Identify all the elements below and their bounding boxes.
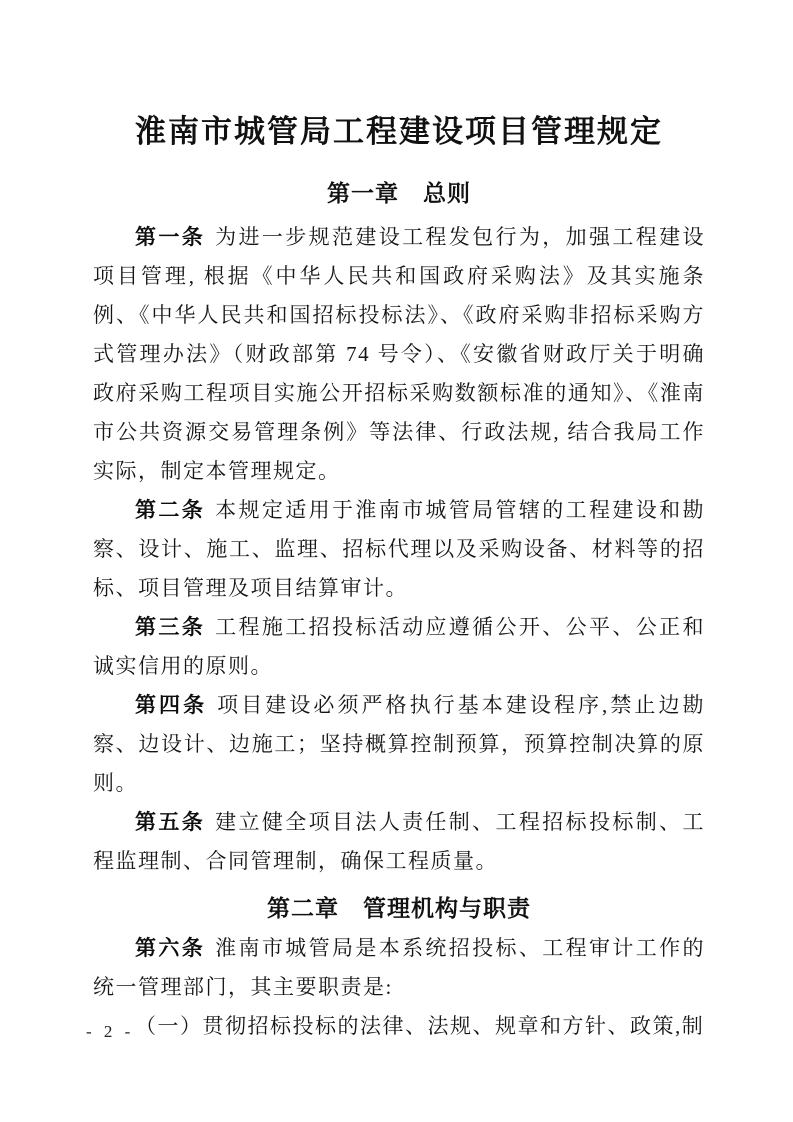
chapter-1-heading: 第一章 总则 [93,178,705,208]
article-5-label: 第五条 [135,811,205,834]
chapter-2-articles: 第六条淮南市城管局是本系统招投标、工程审计工作的统一管理部门，其主要职责是: （… [93,929,705,1046]
chapter-1-articles: 第一条为进一步规范建设工程发包行为，加强工程建设项目管理, 根据《中华人民共和国… [93,218,705,881]
document-content: 淮南市城管局工程建设项目管理规定 第一章 总则 第一条为进一步规范建设工程发包行… [93,112,705,1046]
article-5: 第五条建立健全项目法人责任制、工程招标投标制、工程监理制、合同管理制，确保工程质… [93,803,705,881]
page-number: - 2 - [86,1022,134,1042]
chapter-2-heading: 第二章 管理机构与职责 [93,893,705,923]
article-3-label: 第三条 [135,616,205,639]
document-title: 淮南市城管局工程建设项目管理规定 [93,112,705,152]
article-1-text: 为进一步规范建设工程发包行为，加强工程建设项目管理, 根据《中华人民共和国政府采… [93,225,705,483]
article-2: 第二条本规定适用于淮南市城管局管辖的工程建设和勘察、设计、施工、监理、招标代理以… [93,491,705,608]
article-6-label: 第六条 [135,937,205,960]
article-6: 第六条淮南市城管局是本系统招投标、工程审计工作的统一管理部门，其主要职责是: [93,929,705,1007]
document-page: 淮南市城管局工程建设项目管理规定 第一章 总则 第一条为进一步规范建设工程发包行… [0,0,793,1122]
article-6-item-1: （一）贯彻招标投标的法律、法规、规章和方针、政策,制 [93,1007,705,1046]
article-3: 第三条工程施工招投标活动应遵循公开、公平、公正和诚实信用的原则。 [93,608,705,686]
article-4-label: 第四条 [135,694,207,717]
article-1: 第一条为进一步规范建设工程发包行为，加强工程建设项目管理, 根据《中华人民共和国… [93,218,705,491]
chapter-2: 第二章 管理机构与职责 第六条淮南市城管局是本系统招投标、工程审计工作的统一管理… [93,893,705,1046]
article-1-label: 第一条 [135,226,205,249]
chapter-1: 第一章 总则 第一条为进一步规范建设工程发包行为，加强工程建设项目管理, 根据《… [93,178,705,881]
article-6-item-1-text: （一）贯彻招标投标的法律、法规、规章和方针、政策,制 [135,1014,704,1038]
article-4: 第四条项目建设必须严格执行基本建设程序,禁止边勘察、边设计、边施工；坚持概算控制… [93,686,705,803]
article-2-label: 第二条 [135,499,205,522]
